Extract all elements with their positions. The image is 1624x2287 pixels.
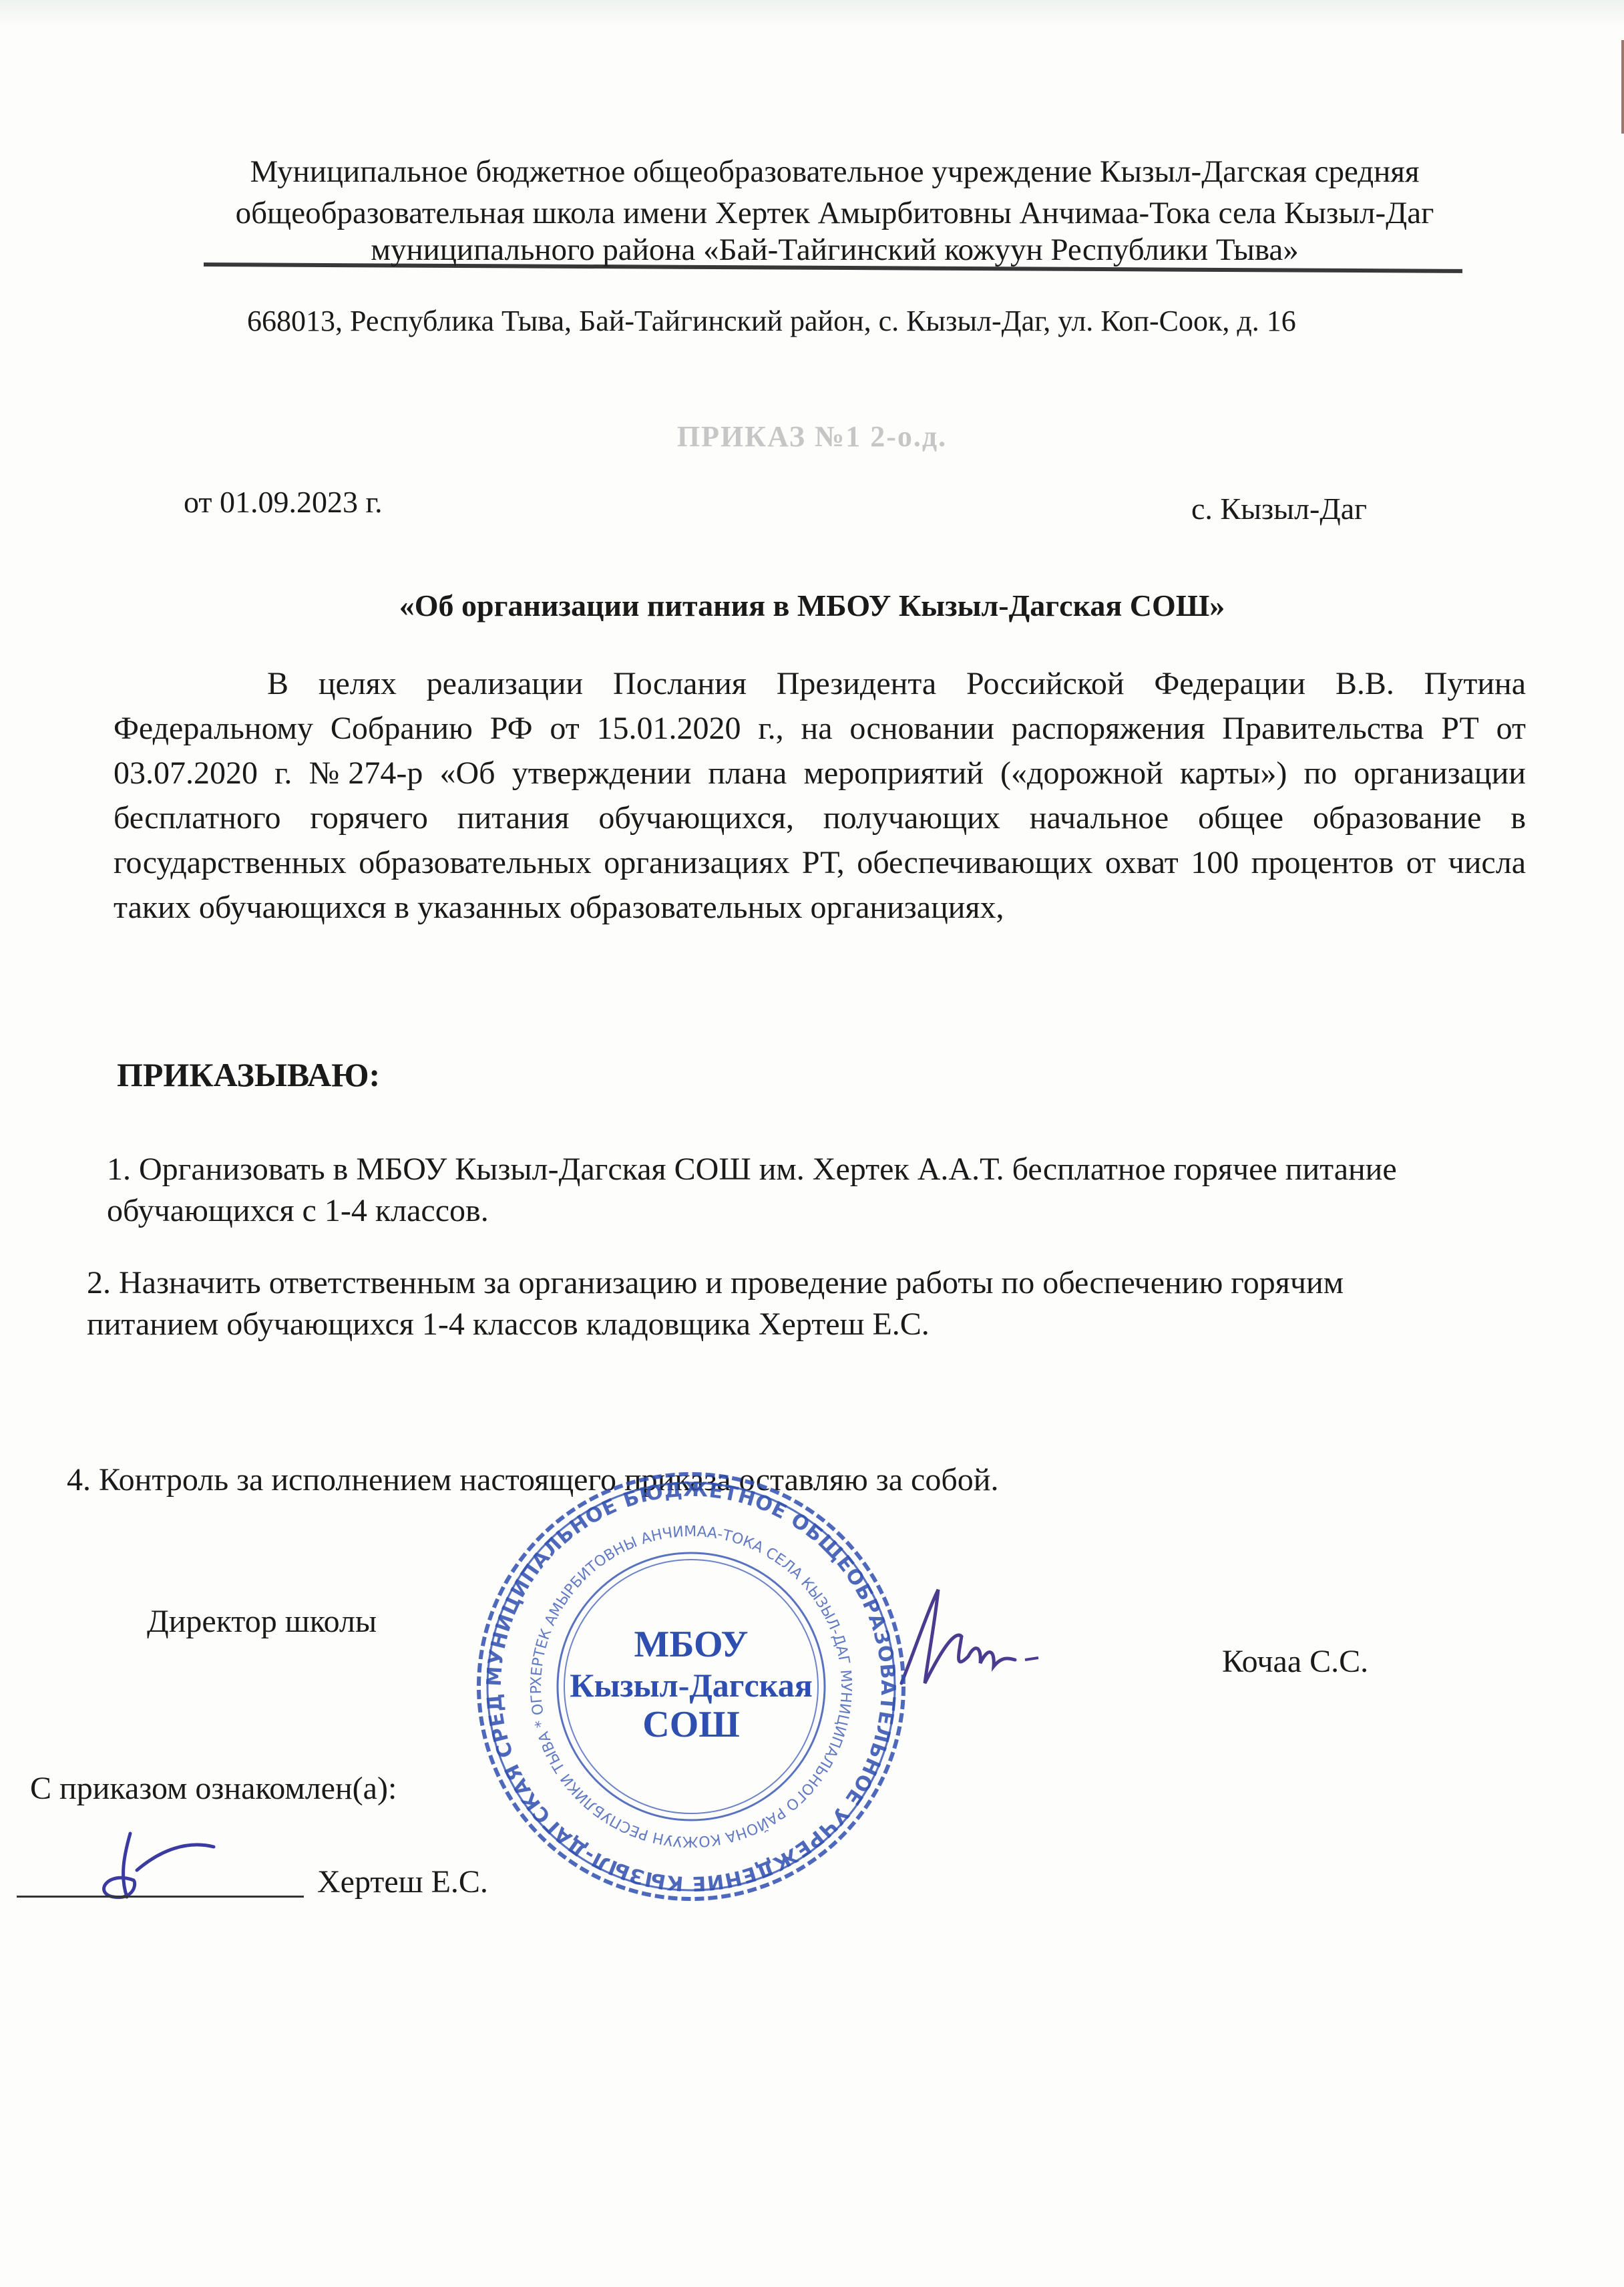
order-preamble: В целях реализации Послания Президента Р… — [114, 661, 1526, 930]
stamp-center-line-2: Кызыл-Дагская — [570, 1666, 813, 1704]
item-number: 2. — [87, 1265, 111, 1300]
scan-right-edge — [1621, 40, 1624, 134]
letterhead-line-2: общеобразовательная школа имени Хертек А… — [200, 194, 1469, 232]
decree-word: ПРИКАЗЫВАЮ: — [117, 1055, 380, 1094]
item-number: 1. — [107, 1152, 131, 1187]
letterhead-address: 668013, Республика Тыва, Бай-Тайгинский … — [247, 304, 1296, 338]
acknowledgement-signature-icon — [67, 1830, 240, 1910]
order-item-2: 2. Назначить ответственным за организаци… — [87, 1262, 1416, 1345]
order-title: ПРИКАЗ №1 2-о.д. — [0, 419, 1624, 454]
director-label: Директор школы — [147, 1603, 377, 1640]
letterhead-line-1: Муниципальное бюджетное общеобразователь… — [200, 152, 1469, 191]
order-place: с. Кызыл-Даг — [1191, 491, 1367, 526]
official-stamp-icon: МУНИЦИПАЛЬНОЕ БЮДЖЕТНОЕ ОБЩЕОБРАЗОВАТЕЛЬ… — [464, 1466, 918, 1907]
preamble-text: В целях реализации Послания Президента Р… — [114, 661, 1526, 930]
acknowledgement-signature-line — [17, 1896, 304, 1898]
stamp-center-line-1: МБОУ — [634, 1624, 748, 1665]
scan-top-edge — [0, 0, 1624, 27]
acknowledgement-name: Хертеш Е.С. — [317, 1864, 488, 1900]
item-text: Назначить ответственным за организацию и… — [87, 1265, 1344, 1342]
stamp-center-line-3: СОШ — [642, 1704, 740, 1745]
item-number: 4. — [67, 1462, 91, 1498]
acknowledgement-label: С приказом ознакомлен(а): — [30, 1770, 397, 1807]
item-text: Организовать в МБОУ Кызыл-Дагская СОШ им… — [107, 1152, 1397, 1228]
order-item-1: 1. Организовать в МБОУ Кызыл-Дагская СОШ… — [107, 1149, 1529, 1232]
director-name: Кочаа С.С. — [1222, 1643, 1368, 1680]
order-date: от 01.09.2023 г. — [184, 484, 383, 520]
order-subject: «Об организации питания в МБОУ Кызыл-Даг… — [0, 588, 1624, 623]
